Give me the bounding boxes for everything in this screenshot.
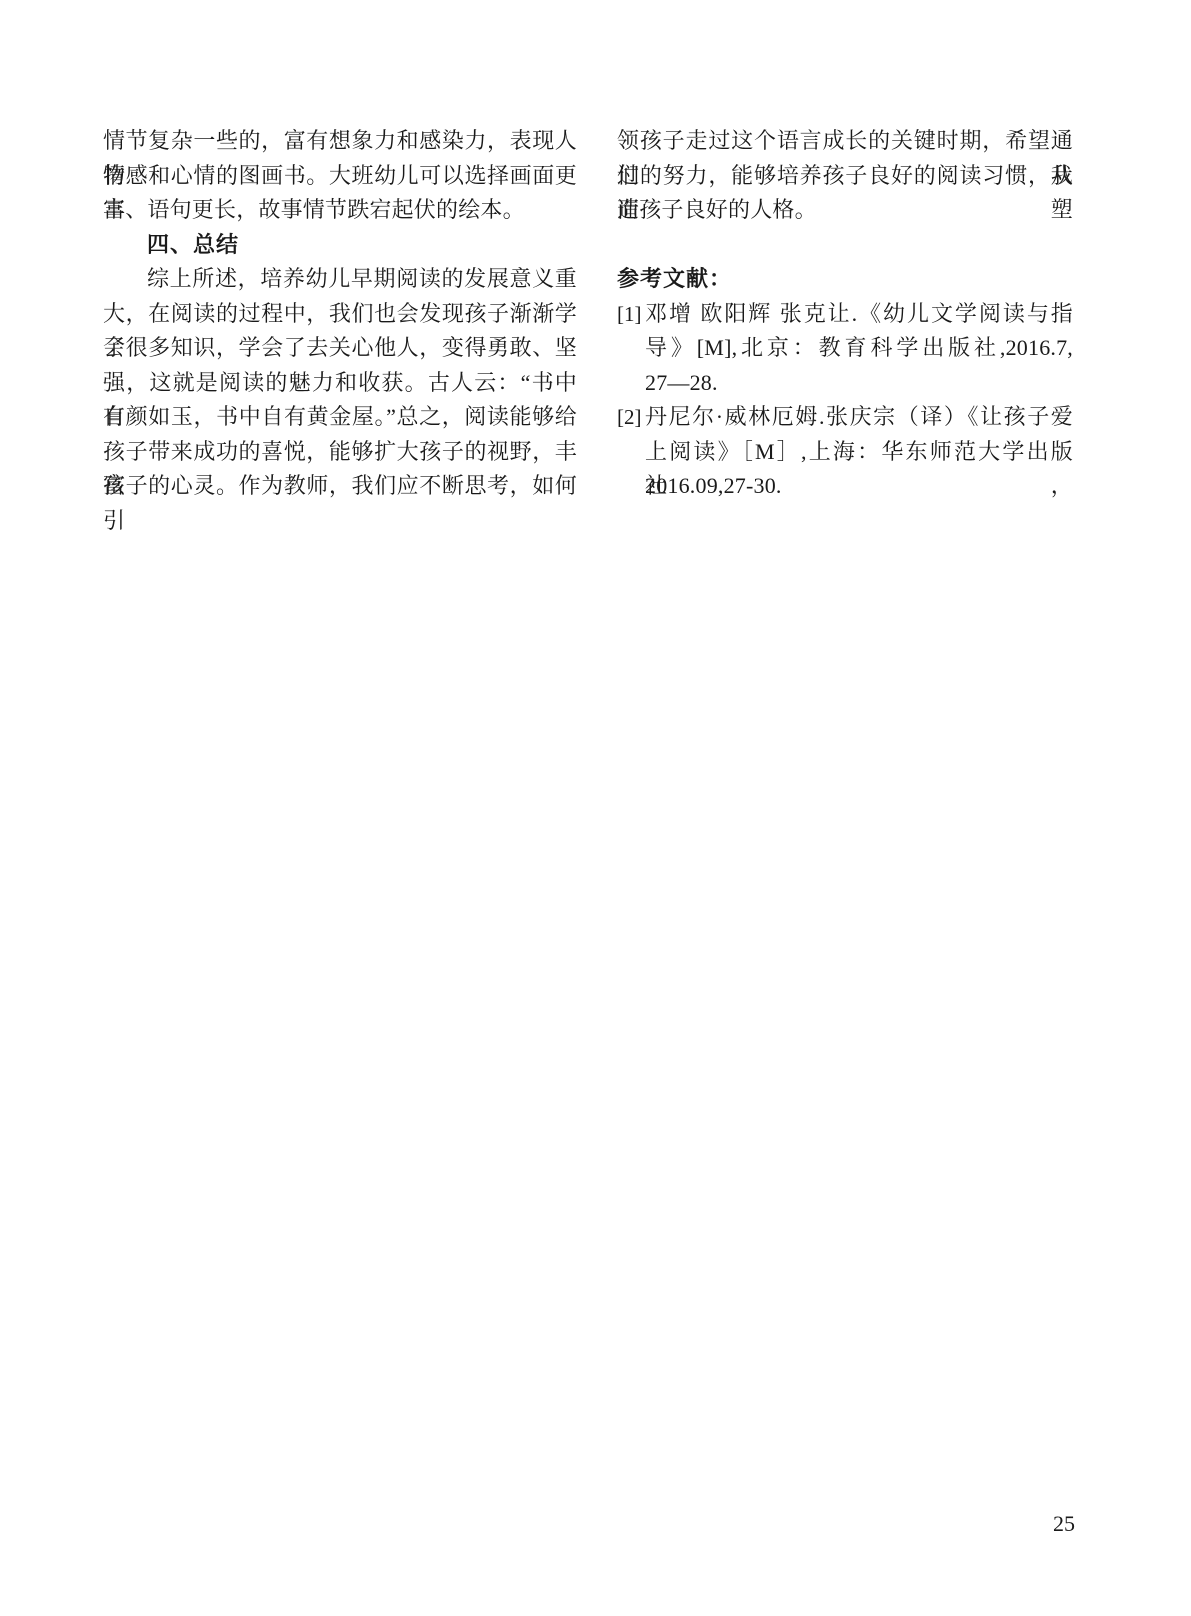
reference-item-line: 导》[M],北京：教育科学出版社,2016.7,: [617, 331, 1073, 366]
right-column: 领孩子走过这个语言成长的关键时期，希望通过我们的努力，能够培养孩子良好的阅读习惯…: [617, 124, 1073, 504]
body-text-line: 孩子带来成功的喜悦，能够扩大孩子的视野，丰富: [103, 435, 577, 470]
body-text-line: 强，这就是阅读的魅力和收获。古人云：“书中自: [103, 366, 577, 401]
page-number: 25: [1053, 1511, 1075, 1537]
section-heading-line: 四、总结: [103, 228, 577, 263]
body-text-line: 了很多知识，学会了去关心他人，变得勇敢、坚: [103, 331, 577, 366]
reference-item-line: [1]邓增 欧阳辉 张克让.《幼儿文学阅读与指: [617, 297, 1073, 332]
text-columns: 情节复杂一些的，富有想象力和感染力，表现人物情感和心情的图画书。大班幼儿可以选择…: [103, 124, 1073, 504]
left-column: 情节复杂一些的，富有想象力和感染力，表现人物情感和心情的图画书。大班幼儿可以选择…: [103, 124, 577, 504]
body-text-line: 有颜如玉，书中自有黄金屋。”总之，阅读能够给: [103, 400, 577, 435]
body-text-line: 情节复杂一些的，富有想象力和感染力，表现人物: [103, 124, 577, 159]
reference-item-line: 2016.09,27-30.: [617, 469, 1073, 504]
references-heading-line: 参考文献：: [617, 262, 1073, 297]
body-text-line: 综上所述，培养幼儿早期阅读的发展意义重: [103, 262, 577, 297]
body-text-line: 富、语句更长，故事情节跌宕起伏的绘本。: [103, 193, 577, 228]
body-text-line: 情感和心情的图画书。大班幼儿可以选择画面更丰: [103, 159, 577, 194]
body-text-line: 领孩子走过这个语言成长的关键时期，希望通过我: [617, 124, 1073, 159]
reference-marker: [1]: [617, 297, 642, 332]
body-text-line: 孩子的心灵。作为教师，我们应不断思考，如何引: [103, 469, 577, 504]
reference-item-line: [2]丹尼尔·威林厄姆.张庆宗（译）《让孩子爱: [617, 400, 1073, 435]
body-text-line: 大，在阅读的过程中，我们也会发现孩子渐渐学会: [103, 297, 577, 332]
body-text-line: 造孩子良好的人格。: [617, 193, 1073, 228]
body-text-line: 们的努力，能够培养孩子良好的阅读习惯，从而塑: [617, 159, 1073, 194]
reference-item-line: 27—28.: [617, 366, 1073, 401]
reference-marker: [2]: [617, 400, 642, 435]
blank-line: [617, 228, 1073, 263]
reference-item-line: 上阅读》［M］,上海：华东师范大学出版社，: [617, 435, 1073, 470]
document-page: 情节复杂一些的，富有想象力和感染力，表现人物情感和心情的图画书。大班幼儿可以选择…: [0, 0, 1191, 1616]
